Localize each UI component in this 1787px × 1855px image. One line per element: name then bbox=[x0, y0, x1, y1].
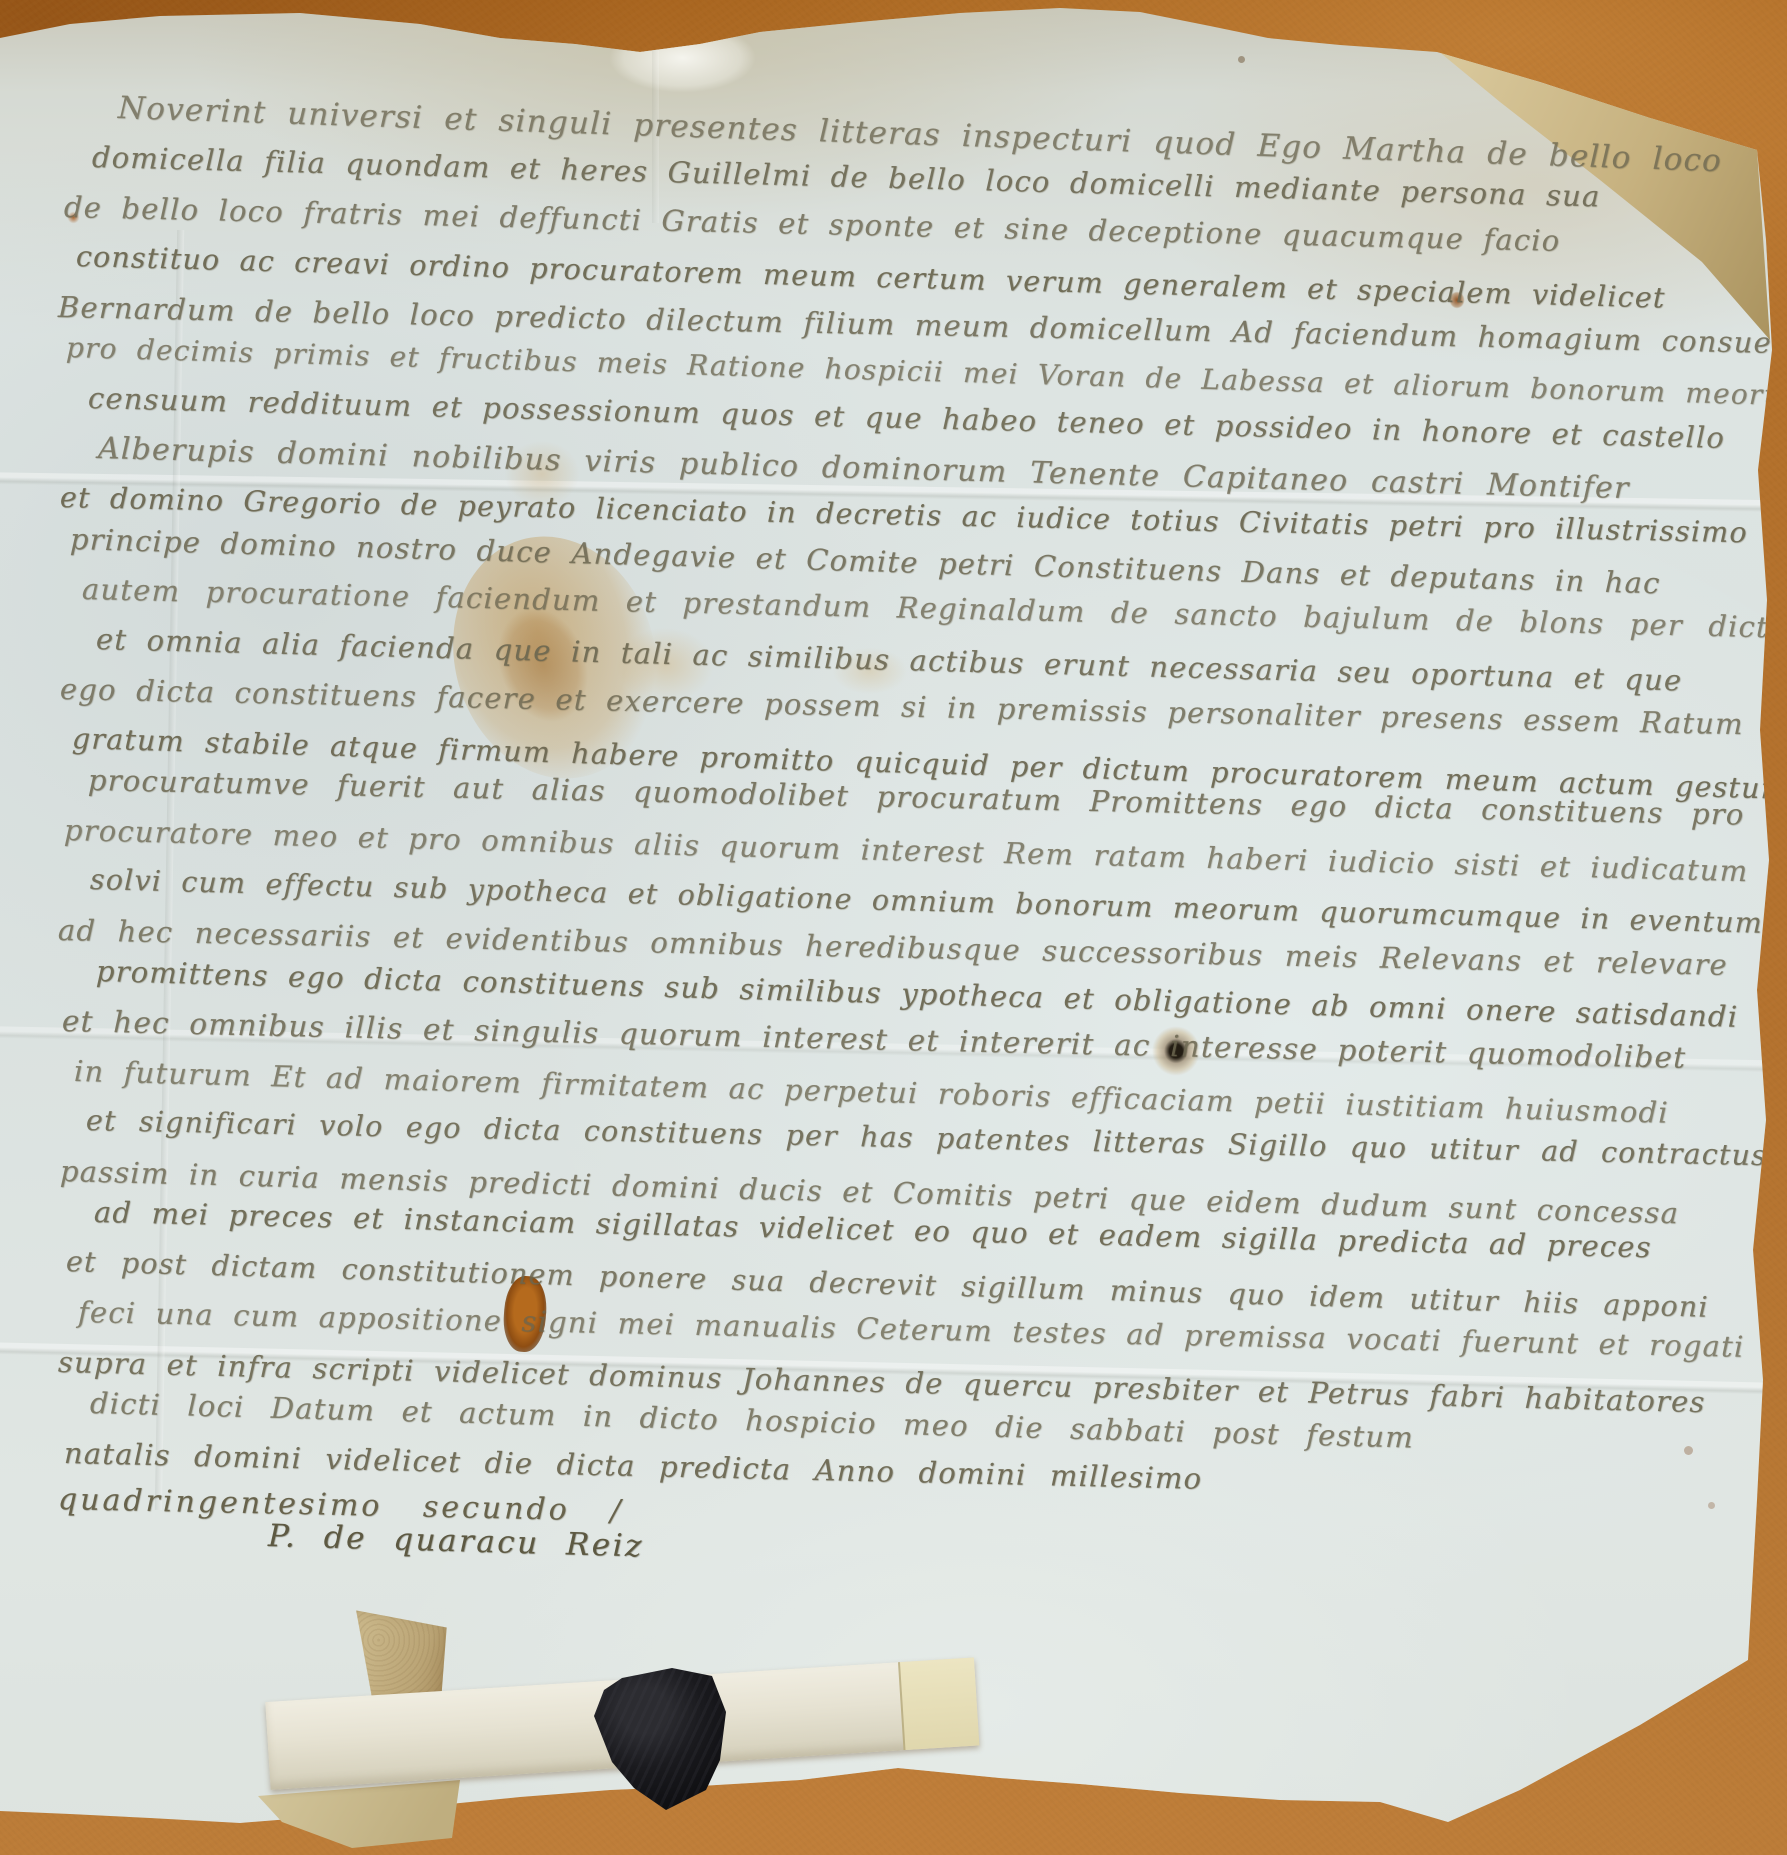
parchment-charter: Noverint universi et singuli presentes l… bbox=[0, 0, 1787, 1855]
photo-frame: Noverint universi et singuli presentes l… bbox=[0, 0, 1787, 1855]
manuscript-text: Noverint universi et singuli presentes l… bbox=[0, 0, 1787, 1855]
